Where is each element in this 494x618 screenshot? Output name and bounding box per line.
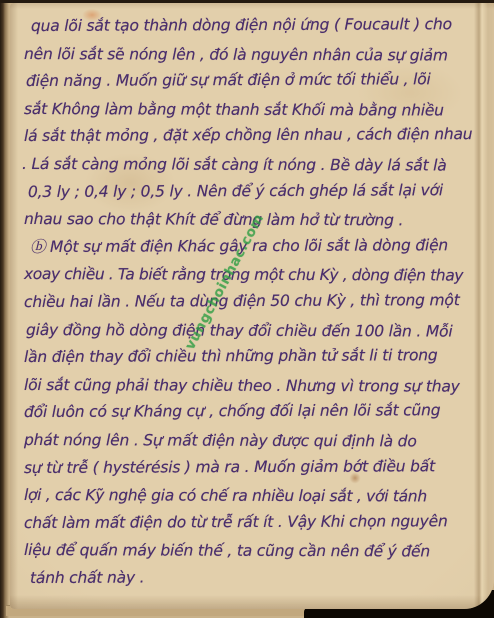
handwritten-line: . Lá sắt càng mỏng lõi sắt càng ít nóng … xyxy=(22,151,490,180)
handwritten-line: chiều hai lần . Nếu ta dùng điện 50 chu … xyxy=(24,287,490,317)
handwritten-line: chất làm mất điện do từ trễ rất ít . Vậy… xyxy=(24,508,490,538)
notebook-paper: qua lõi sắt tạo thành dòng điện nội ứng … xyxy=(10,3,494,609)
handwritten-line: 0,3 ly ; 0,4 ly ; 0,5 ly . Nên để ý cách… xyxy=(28,177,490,207)
handwritten-text-block: qua lõi sắt tạo thành dòng điện nội ứng … xyxy=(24,13,490,592)
handwritten-line: lợi , các Kỹ nghệ gia có chế ra nhiều lo… xyxy=(24,482,490,511)
handwritten-line: tánh chất này . xyxy=(30,563,490,593)
handwritten-line: ⓑ Một sự mất điện Khác gây ra cho lõi sắ… xyxy=(30,232,490,262)
handwritten-line: liệu để quấn máy biến thế , ta cũng cần … xyxy=(24,537,490,566)
handwritten-line: điện năng . Muốn giữ sự mất điện ở mức t… xyxy=(26,66,490,96)
handwritten-line: phát nóng lên . Sự mất điện này được qui… xyxy=(24,427,490,456)
handwritten-line: xoay chiều . Ta biết rằng trong một chu … xyxy=(24,261,490,290)
handwritten-line: lần điện thay đổi chiều thì những phần t… xyxy=(24,342,490,372)
handwritten-line: qua lõi sắt tạo thành dòng điện nội ứng … xyxy=(31,11,490,41)
handwritten-line: sự từ trễ ( hystérésis ) mà ra . Muốn gi… xyxy=(24,452,490,482)
handwritten-line: lá sắt thật mỏng , đặt xếp chồng lên nha… xyxy=(24,121,490,151)
handwritten-line: đổi luôn có sự Kháng cự , chống đối lại … xyxy=(24,397,490,427)
